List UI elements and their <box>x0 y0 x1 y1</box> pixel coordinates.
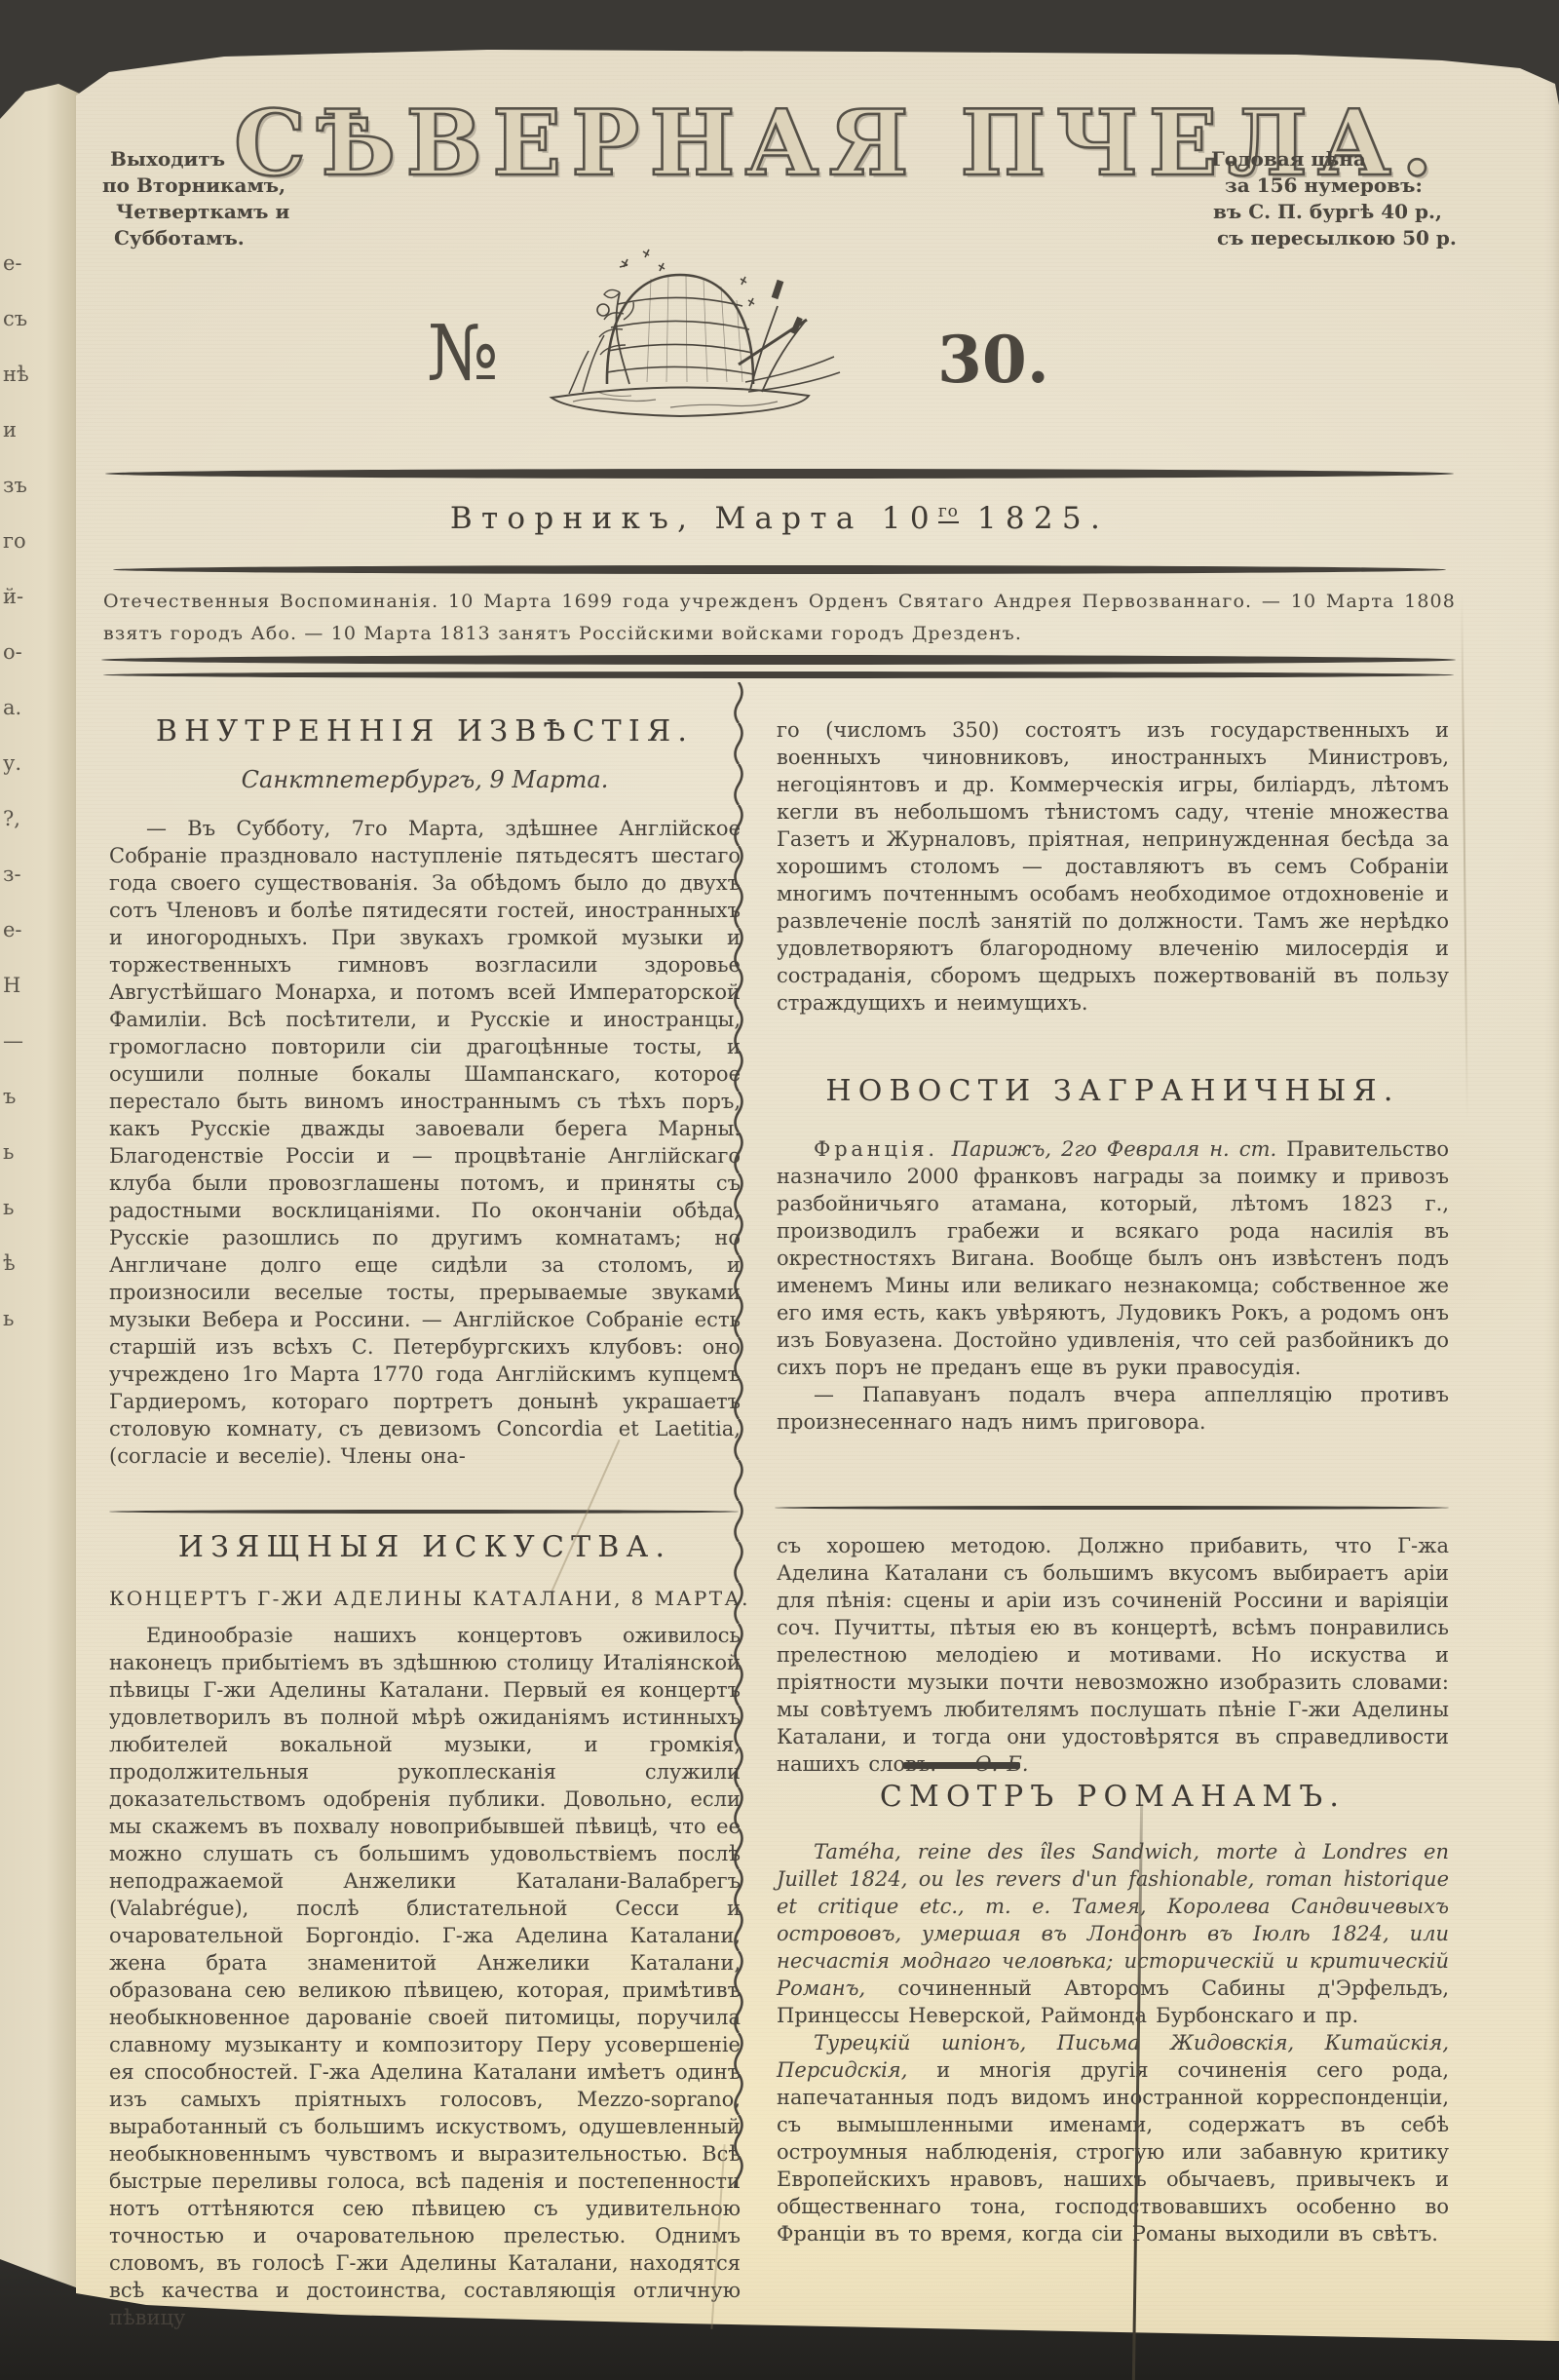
section-divider-rule <box>775 1506 1449 1510</box>
section-title-fine-arts: ИЗЯЩНЫЯ ИСКУСТВА. <box>109 1530 741 1564</box>
double-rule-top <box>101 655 1456 665</box>
text-fragment: ь <box>3 1196 42 1251</box>
text-fragment: а. <box>3 696 42 751</box>
schedule-line: по Вторникамъ, <box>102 173 289 199</box>
text-fragment: у. <box>3 751 42 807</box>
article-paragraph: — Въ Субботу, 7го Марта, здѣшнее Англійс… <box>109 815 741 1470</box>
city-dateline: Парижъ, 2го Февраля н. ст. <box>952 1137 1287 1161</box>
article-paragraph: — Папавуанъ подалъ вчера аппелляцію прот… <box>777 1381 1449 1436</box>
price-line: съ пересылкою 50 р. <box>1217 225 1457 251</box>
text-fragment: ь <box>3 1307 42 1363</box>
foreign-news-block: Франція. Парижъ, 2го Февраля н. ст. Прав… <box>777 1135 1449 1436</box>
masthead-title: СѢВЕРНАЯ ПЧЕЛА. <box>234 90 1218 196</box>
adjacent-page-edge: е-сънѣизъгой-о-а.у.?,з-е-Н—ъььѣь <box>0 0 84 2380</box>
subscription-price: Годовая цѣна за 156 нумеровъ: въ С. П. б… <box>1211 146 1457 251</box>
schedule-line: Выходитъ <box>110 146 289 173</box>
text-fragment: ъ <box>3 1085 42 1140</box>
dateline-text: Вторникъ, Марта 10 <box>450 501 938 536</box>
article-paragraph: Турецкій шпіонъ, Письма Жидовскія, Китай… <box>777 2029 1449 2247</box>
country-lead: Франція. <box>814 1137 952 1161</box>
text-fragment: и <box>3 418 42 474</box>
article-paragraph-continuation: го (числомъ 350) состоятъ изъ государств… <box>777 716 1449 1017</box>
paragraph-text: съ хорошею методою. Должно прибавить, чт… <box>777 1534 1449 1776</box>
article-paragraph: Единообразіе нашихъ концертовъ оживилось… <box>109 1622 741 2331</box>
ornamental-rule <box>105 469 1454 479</box>
article-paragraph: Франція. Парижъ, 2го Февраля н. ст. Прав… <box>777 1135 1449 1381</box>
dateline-superscript: го <box>938 502 959 523</box>
text-fragment: ?, <box>3 807 42 863</box>
issue-number: 30. <box>937 322 1049 398</box>
section-subhead-stpetersburg: Санктпетербургъ, 9 Марта. <box>109 766 741 793</box>
section-title-novel-review: СМОТРЪ РОМАНАМЪ. <box>777 1780 1449 1814</box>
text-fragment: о- <box>3 640 42 696</box>
dateline: Вторникъ, Марта 10го 1825. <box>107 501 1452 536</box>
price-line: за 156 нумеровъ: <box>1225 173 1457 199</box>
scanned-newspaper-page: е-сънѣизъгой-о-а.у.?,з-е-Н—ъььѣь СѢВЕРНА… <box>0 0 1559 2380</box>
article-paragraph: Taméha, reine des îles Sandwich, morte à… <box>777 1838 1449 2029</box>
adjacent-page-text-fragments: е-сънѣизъгой-о-а.у.?,з-е-Н—ъььѣь <box>3 251 42 1363</box>
text-fragment: ь <box>3 1140 42 1196</box>
text-fragment: е- <box>3 251 42 307</box>
section-title-foreign-news: НОВОСТИ ЗАГРАНИЧНЫЯ. <box>777 1074 1449 1108</box>
text-fragment: — <box>3 1029 42 1085</box>
section-divider-rule <box>109 1510 739 1514</box>
beehive-icon <box>505 236 856 444</box>
article-paragraph-continuation: съ хорошею методою. Должно прибавить, чт… <box>777 1532 1449 1778</box>
publication-schedule: Выходитъ по Вторникамъ, Четверткамъ и Су… <box>110 146 289 251</box>
section-title-domestic-news: ВНУТРЕННІЯ ИЗВѢСТІЯ. <box>109 714 741 749</box>
price-line: въ С. П. бургѣ 40 р., <box>1213 199 1457 225</box>
paragraph-text: Правительство назначило 2000 франковъ на… <box>777 1137 1449 1379</box>
text-fragment: й- <box>3 585 42 640</box>
paragraph-text: и многія другія сочиненія сего рода, нап… <box>777 2058 1449 2246</box>
numero-sign: № <box>427 310 499 398</box>
section-subhead-catalani-concert: Концертъ Г-жи Аделины Каталани, 8 Марта. <box>109 1587 741 1610</box>
text-fragment: съ <box>3 307 42 363</box>
text-fragment: ѣ <box>3 1251 42 1307</box>
schedule-line: Субботамъ. <box>114 225 289 251</box>
text-fragment: е- <box>3 918 42 974</box>
short-divider-rule <box>903 1762 1020 1769</box>
text-fragment: нѣ <box>3 363 42 418</box>
ornamental-rule <box>113 565 1446 574</box>
price-line: Годовая цѣна <box>1211 146 1457 173</box>
text-fragment: Н <box>3 974 42 1029</box>
text-fragment: з- <box>3 863 42 918</box>
double-rule-bottom <box>103 672 1454 678</box>
text-fragment: зъ <box>3 474 42 529</box>
dateline-year: 1825. <box>959 501 1109 536</box>
memorial-note: Отечественныя Воспоминанія. 10 Марта 169… <box>103 586 1456 650</box>
schedule-line: Четверткамъ и <box>116 199 289 225</box>
text-fragment: го <box>3 529 42 585</box>
novel-review-block: Taméha, reine des îles Sandwich, morte à… <box>777 1838 1449 2247</box>
